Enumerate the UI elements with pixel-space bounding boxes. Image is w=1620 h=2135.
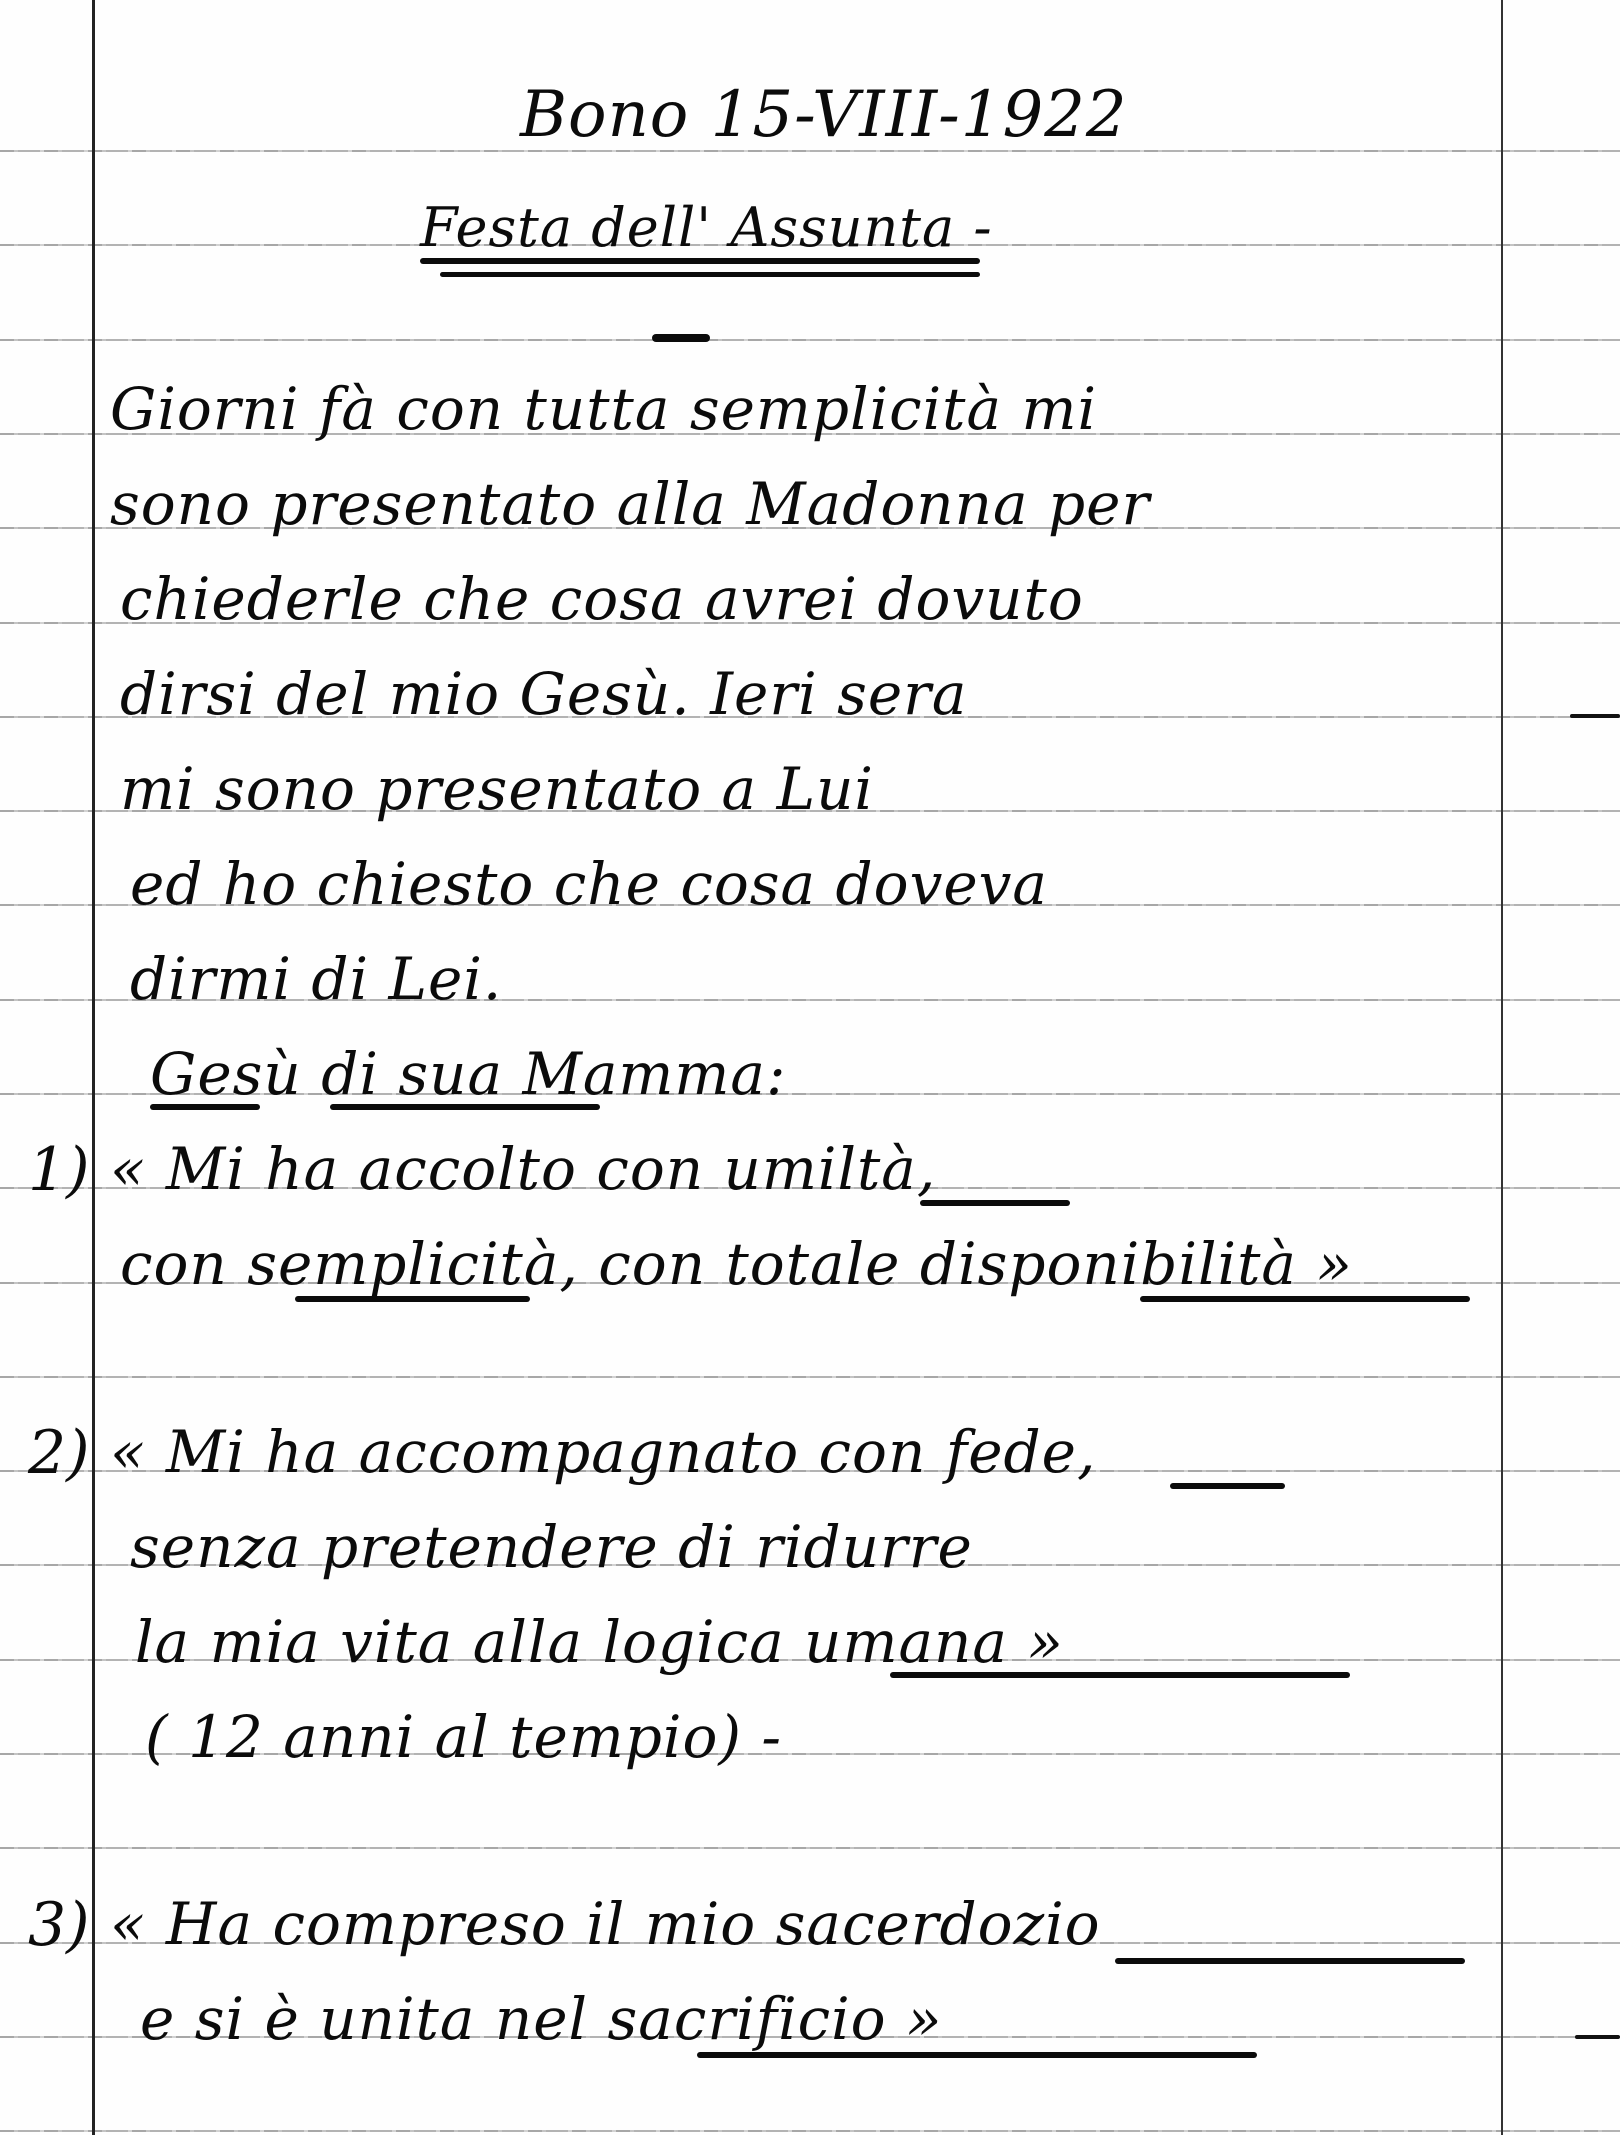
paragraph-line: chiederle che cosa avrei dovuto <box>120 565 1084 633</box>
left-margin-line <box>92 0 95 2135</box>
notebook-page: Bono 15-VIII-1922 Festa dell' Assunta - … <box>0 0 1620 2135</box>
point-line: « Mi ha accompagnato con fede, <box>110 1418 1096 1486</box>
point-number: 2) <box>28 1418 90 1488</box>
point-line: ( 12 anni al tempio) - <box>145 1703 782 1771</box>
ruled-line <box>0 1847 1620 1849</box>
point-line: la mia vita alla logica umana » <box>135 1608 1064 1676</box>
paragraph-line: dirsi del mio Gesù. Ieri sera <box>120 660 968 728</box>
underline-sacerdozio <box>1115 1958 1465 1964</box>
ruled-line <box>0 339 1620 341</box>
underline-logica-umana <box>890 1672 1350 1678</box>
right-margin-line <box>1501 0 1503 2135</box>
underline-nel-sacrificio <box>697 2052 1257 2058</box>
underline-umilta <box>920 1200 1070 1206</box>
point-line: « Mi ha accolto con umiltà, <box>110 1135 936 1203</box>
point-number: 1) <box>28 1135 90 1205</box>
paragraph-line: Giorni fà con tutta semplicità mi <box>110 375 1097 443</box>
point-line: « Ha compreso il mio sacerdozio <box>110 1890 1101 1958</box>
point-line: senza pretendere di ridurre <box>130 1513 973 1581</box>
paragraph-line: sono presentato alla Madonna per <box>110 470 1150 538</box>
section-heading: Gesù di sua Mamma: <box>150 1040 787 1108</box>
point-line: con semplicità, con totale disponibilità… <box>120 1230 1353 1298</box>
paragraph-line: mi sono presentato a Lui <box>120 755 874 823</box>
paragraph-line: dirmi di Lei. <box>130 945 502 1013</box>
feast-underline-2 <box>440 272 980 277</box>
ruled-line <box>0 1376 1620 1378</box>
underline-disponibilita <box>1140 1296 1470 1302</box>
edge-tick-mark <box>1575 2035 1620 2039</box>
underline-fede <box>1170 1483 1285 1489</box>
paragraph-line: ed ho chiesto che cosa doveva <box>130 850 1048 918</box>
ruled-line <box>0 2130 1620 2132</box>
edge-tick-mark <box>1570 714 1620 718</box>
heading-underline <box>150 1104 260 1110</box>
section-separator <box>652 334 710 342</box>
point-line: e si è unita nel sacrificio » <box>140 1985 943 2053</box>
underline-semplicita <box>295 1296 530 1302</box>
feast-underline-1 <box>420 258 980 264</box>
place-date: Bono 15-VIII-1922 <box>520 78 1128 152</box>
point-number: 3) <box>28 1890 90 1960</box>
heading-underline <box>330 1104 600 1110</box>
feast-title: Festa dell' Assunta - <box>420 196 993 259</box>
